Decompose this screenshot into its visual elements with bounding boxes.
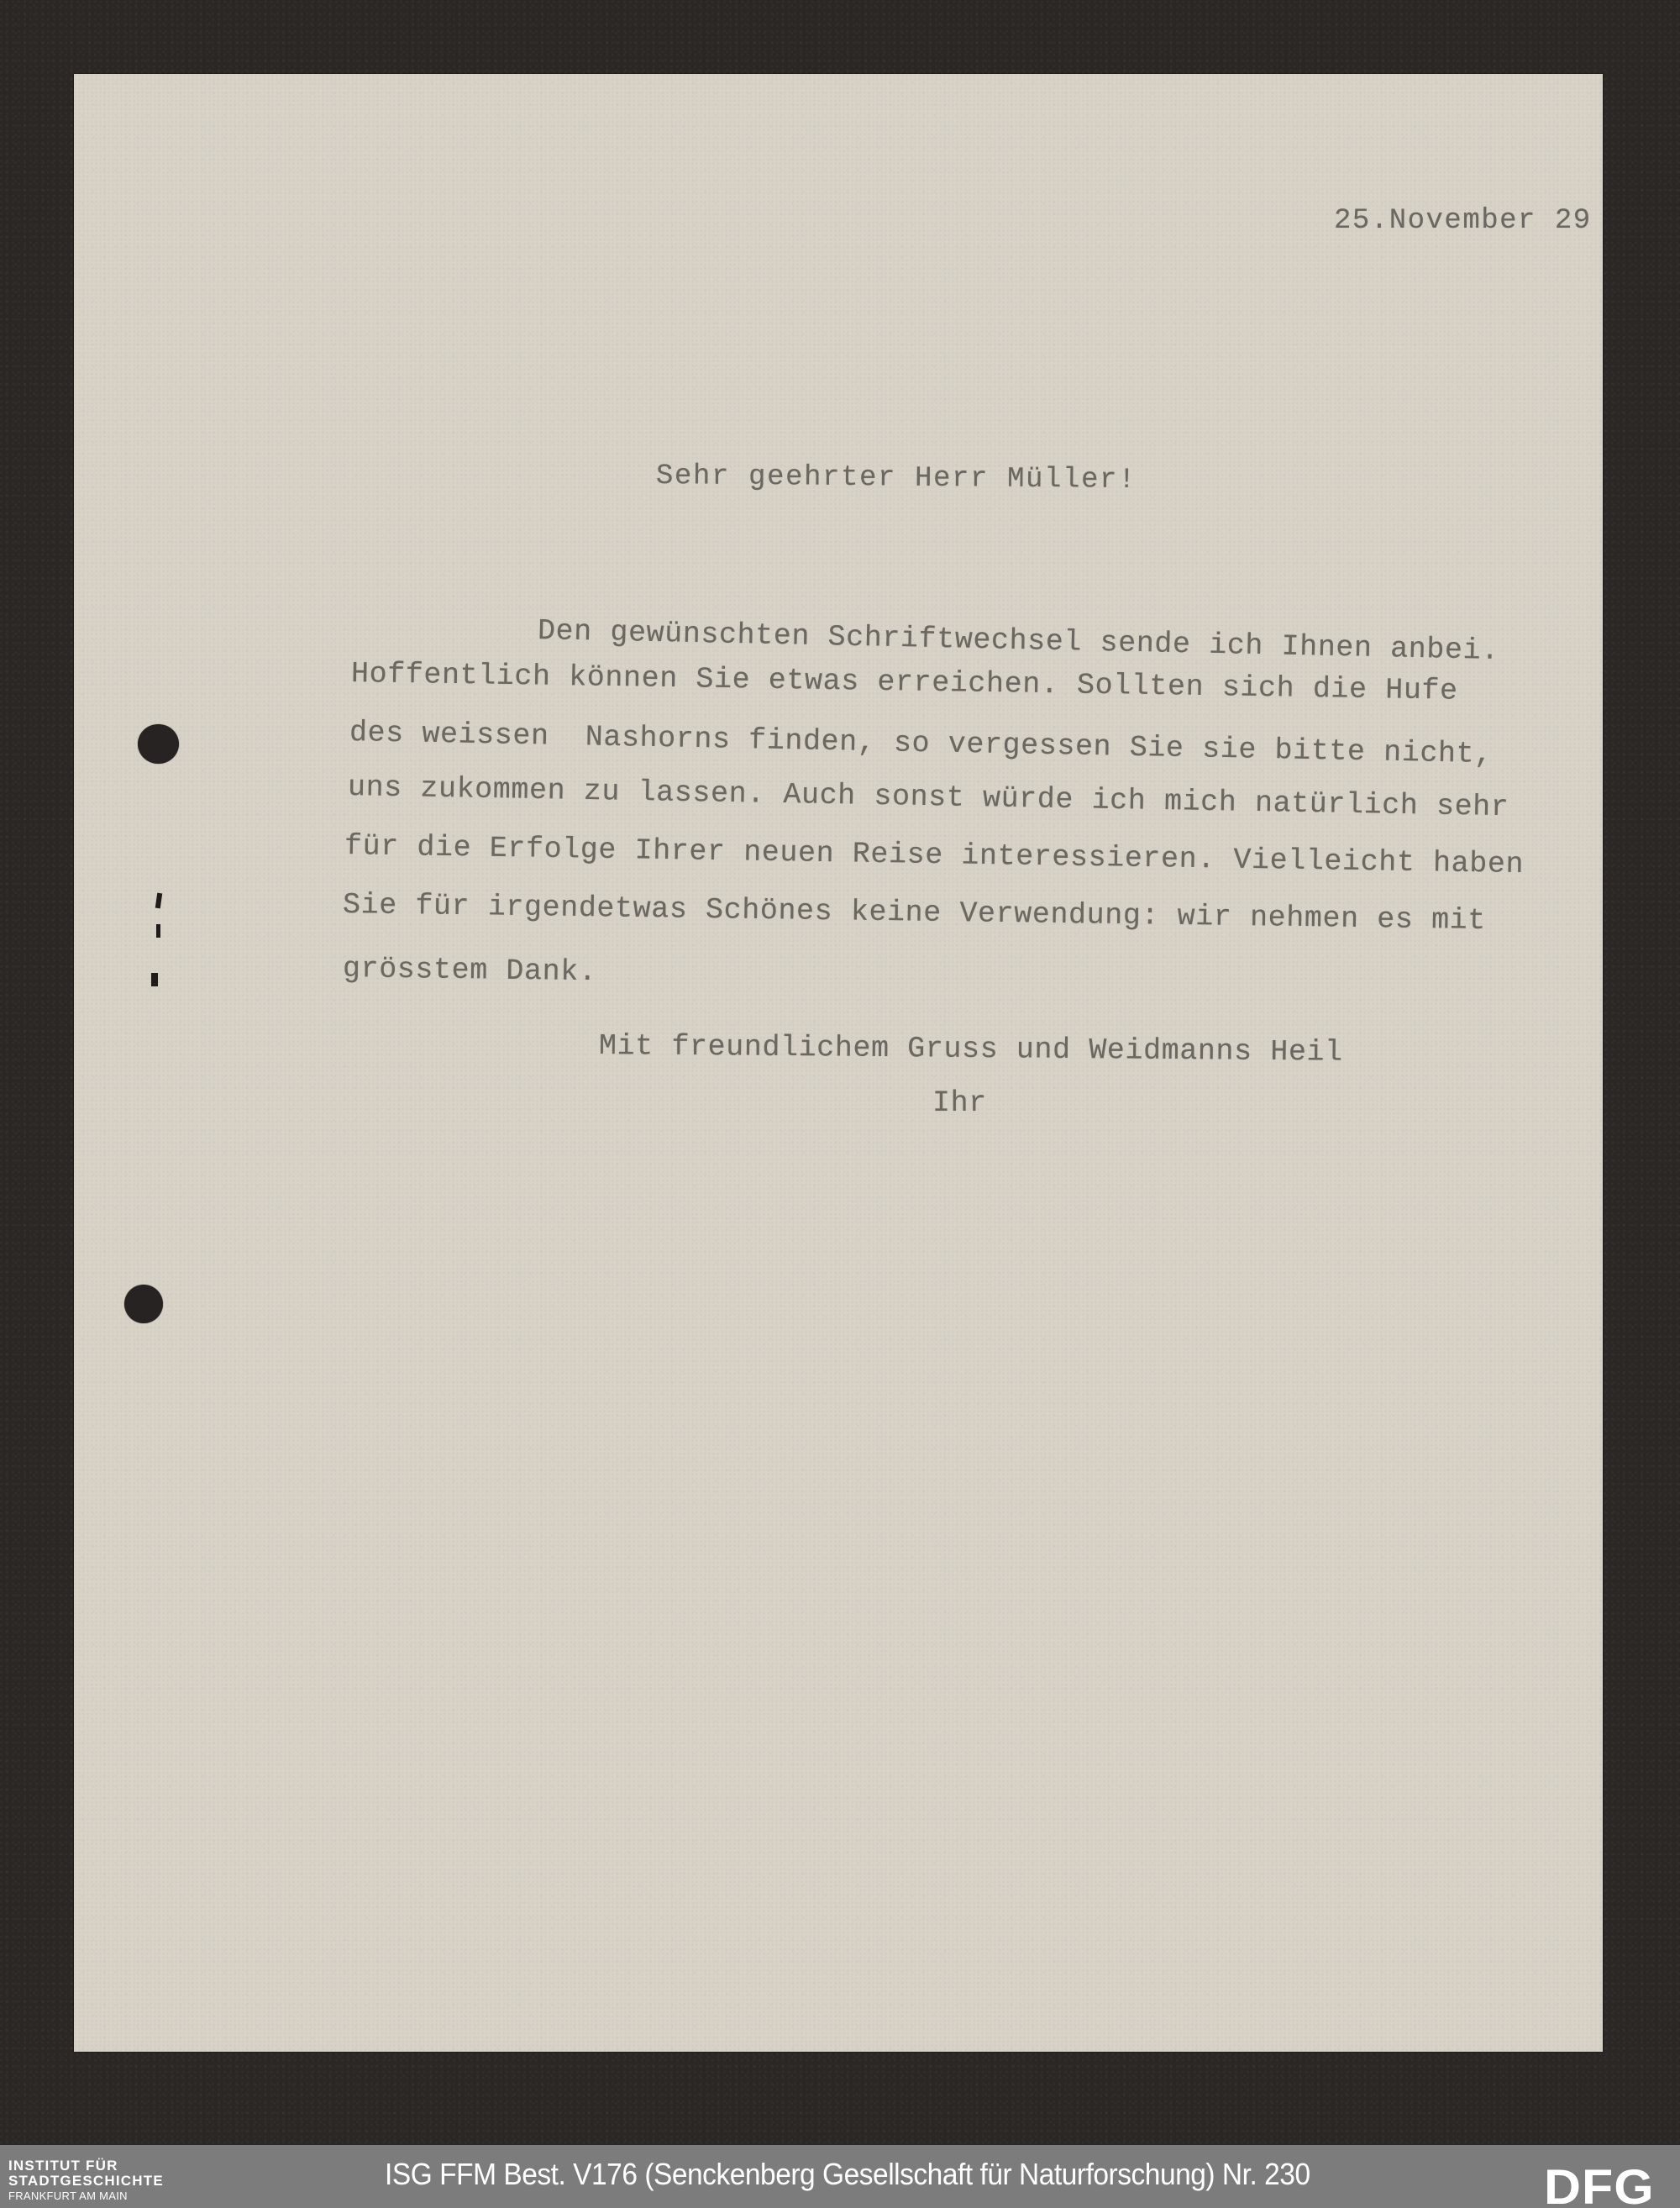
archive-footer-bar: INSTITUT FÜR STADTGESCHICHTE FRANKFURT A… bbox=[0, 2145, 1680, 2208]
institute-logo: INSTITUT FÜR STADTGESCHICHTE FRANKFURT A… bbox=[8, 2158, 164, 2201]
letter-signature: Ihr bbox=[932, 1089, 987, 1118]
letter-closing: Mit freundlichem Gruss und Weidmanns Hei… bbox=[599, 1032, 1343, 1068]
margin-mark bbox=[156, 924, 160, 938]
punch-hole-bottom bbox=[124, 1285, 163, 1323]
letter-body-line-7: grösstem Dank. bbox=[343, 954, 597, 987]
letter-salutation: Sehr geehrter Herr Müller! bbox=[656, 462, 1137, 495]
dfg-logo: DFG bbox=[1544, 2163, 1655, 2208]
punch-hole-top bbox=[138, 724, 179, 764]
archive-citation: ISG FFM Best. V176 (Senckenberg Gesellsc… bbox=[385, 2157, 1310, 2192]
letter-date: 25.November 29 bbox=[1334, 207, 1592, 235]
institute-logo-line-2: STADTGESCHICHTE bbox=[8, 2174, 164, 2188]
institute-logo-line-1: INSTITUT FÜR bbox=[8, 2158, 164, 2173]
margin-mark bbox=[151, 973, 158, 986]
institute-logo-line-3: FRANKFURT AM MAIN bbox=[8, 2190, 164, 2201]
